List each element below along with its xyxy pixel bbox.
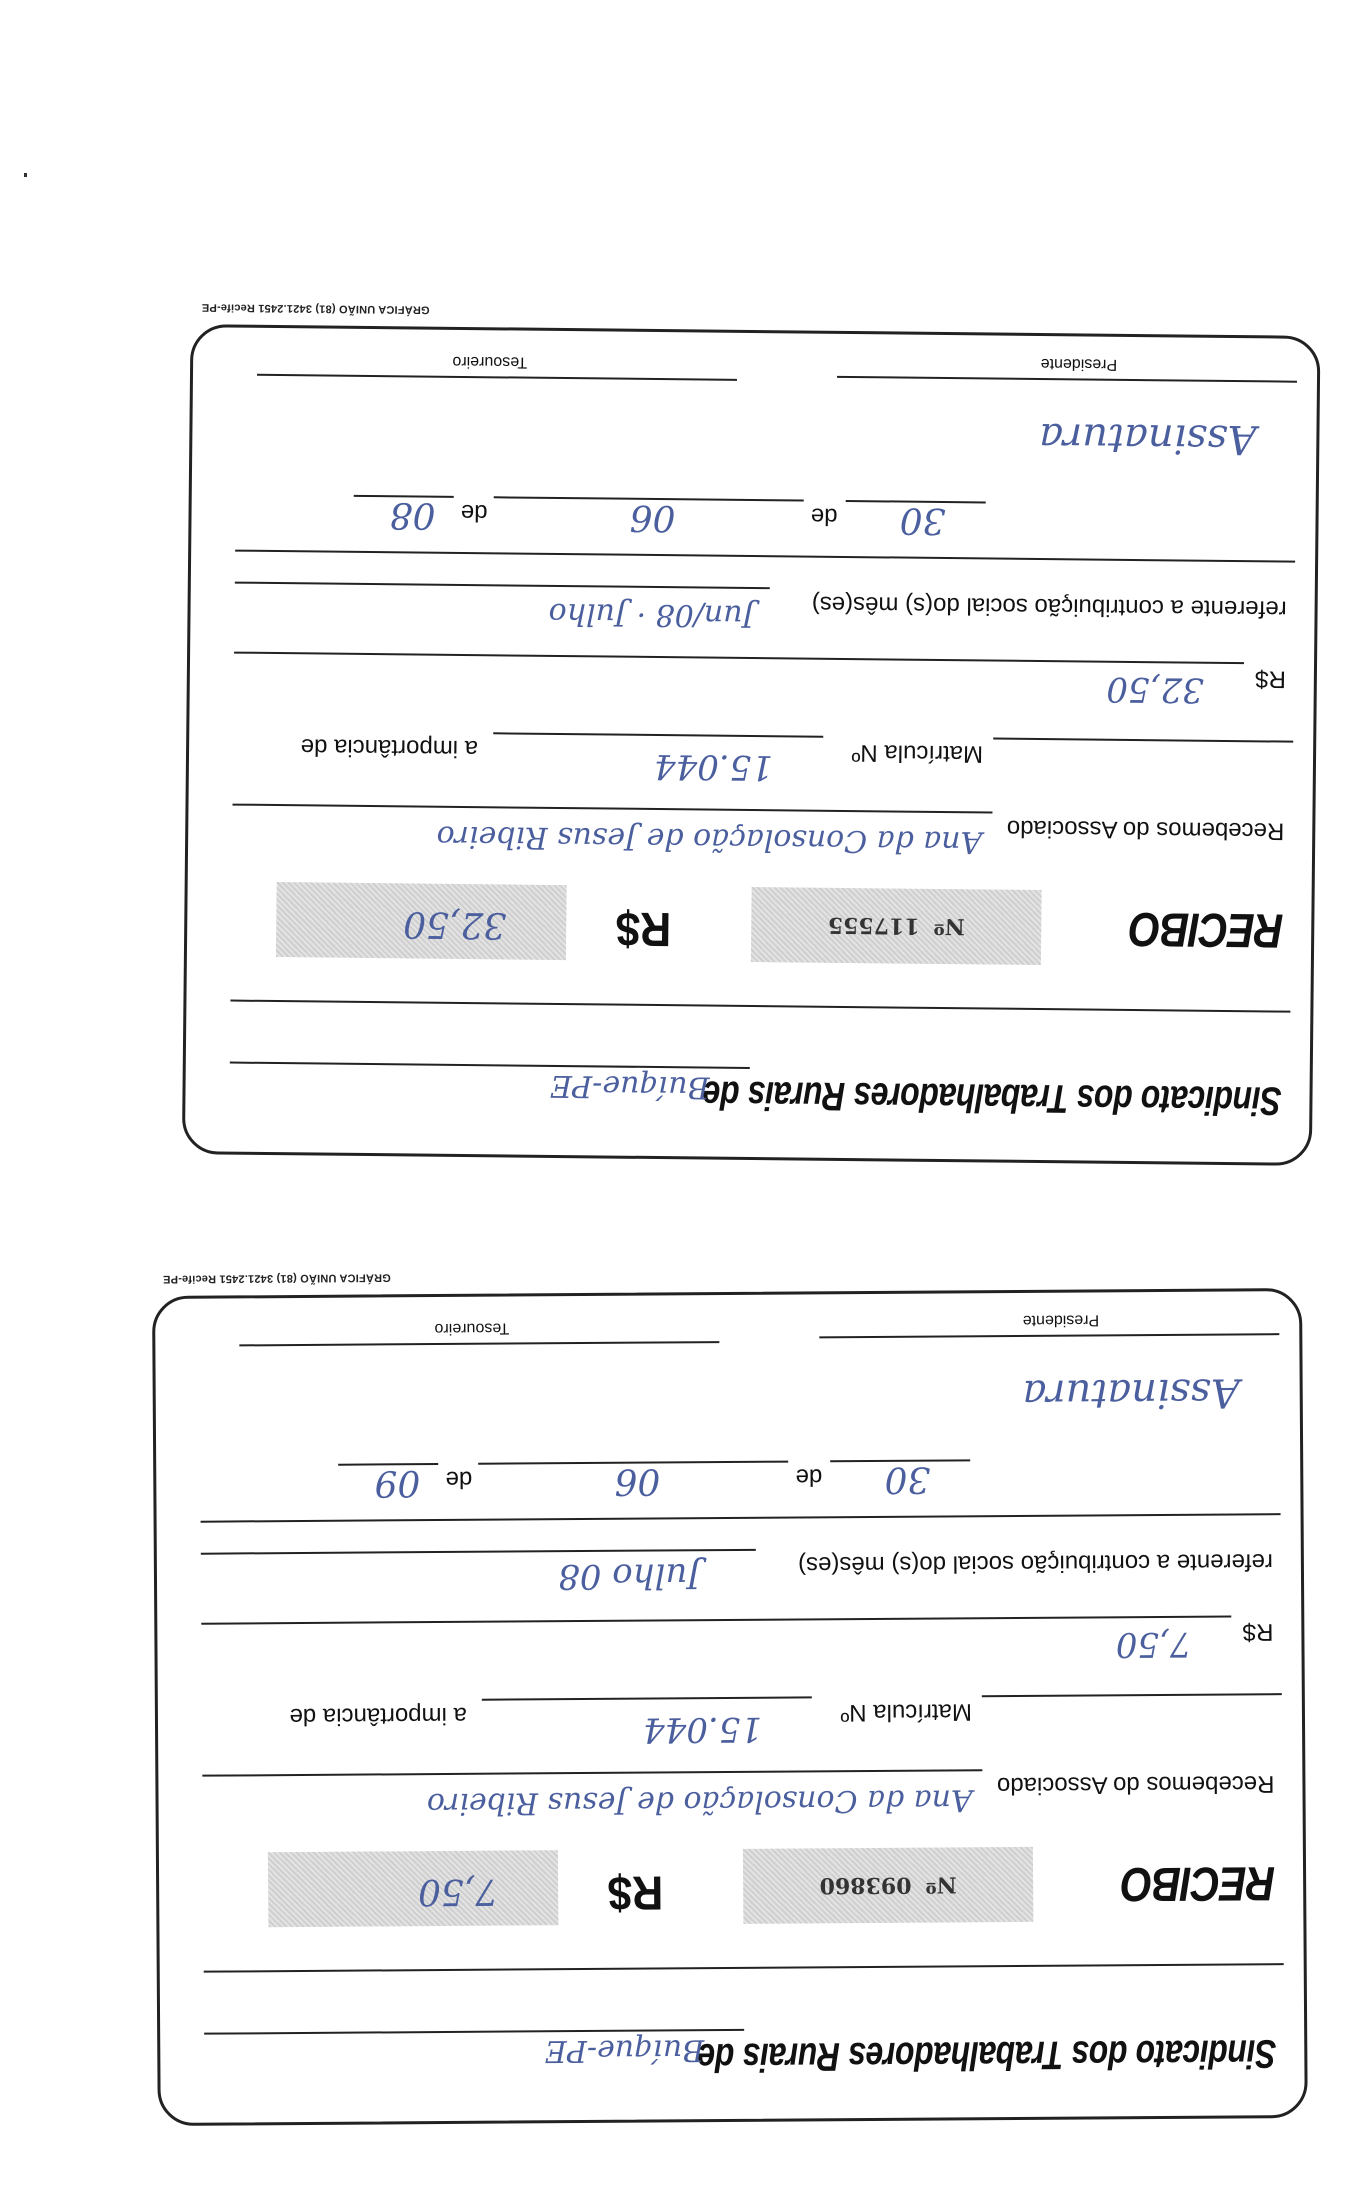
amount-box: 32,50 <box>276 882 567 960</box>
amount-value: 7,50 <box>1116 1624 1192 1665</box>
date-de-1: de <box>811 502 838 530</box>
number-prefix: Nº <box>934 913 965 939</box>
receipt-1: GRÁFICA UNIÃO (81) 3421.2451 Recife-PE S… <box>182 324 1321 1196</box>
registration-value: 15.044 <box>643 1709 762 1750</box>
president-line <box>819 1333 1279 1338</box>
received-from-label: Recebemos do Associado <box>1007 814 1285 845</box>
registration-label: Matrícula Nº <box>840 1697 972 1726</box>
city-line <box>230 1062 750 1069</box>
divider-line <box>230 1000 1290 1013</box>
amount-label: R$ <box>1243 1617 1274 1645</box>
amount-box-value: 32,50 <box>403 903 506 945</box>
receipt-heading: RECIBO <box>1129 901 1283 958</box>
treasurer-line <box>239 1341 719 1346</box>
received-from-label: Recebemos do Associado <box>997 1769 1275 1799</box>
associate-name: Ana da Consolação de Jesus Ribeiro <box>427 1782 973 1821</box>
associate-line-2 <box>993 738 1293 743</box>
scan-speck <box>24 173 27 177</box>
currency-symbol: R$ <box>616 901 672 957</box>
president-signature: Assinatura <box>1022 1369 1239 1417</box>
date-month: 06 <box>630 497 676 538</box>
reference-line <box>235 582 770 590</box>
registration-value: 15.044 <box>654 746 773 787</box>
amount-value: 32,50 <box>1106 669 1204 710</box>
date-year: 08 <box>390 494 436 535</box>
reference-line-2 <box>235 550 1295 563</box>
registration-line <box>482 1696 812 1700</box>
amount-of-label: a importância de <box>289 1701 467 1730</box>
date-day: 30 <box>884 1459 930 1500</box>
registration-label: Matrícula Nº <box>851 738 983 767</box>
registration-line <box>493 732 823 737</box>
receipt-number: 117555 <box>828 912 920 939</box>
treasurer-label: Tesoureiro <box>452 352 527 371</box>
receipt-number-box: Nº 093860 <box>743 1847 1034 1924</box>
amount-of-label: a importância de <box>301 732 479 762</box>
reference-line-2 <box>201 1513 1281 1523</box>
reference-label: referente a contribuição social do(s) mê… <box>812 590 1287 623</box>
amount-line <box>201 1615 1231 1624</box>
receipt-number-box: Nº 117555 <box>751 887 1042 965</box>
president-label: Presidente <box>1041 354 1118 373</box>
associate-line-2 <box>982 1693 1282 1697</box>
number-prefix: Nº <box>925 1872 956 1898</box>
associate-line <box>232 804 992 814</box>
amount-box: 7,50 <box>268 1850 559 1927</box>
reference-label: referente a contribuição social do(s) mê… <box>798 1547 1273 1578</box>
reference-line <box>201 1549 756 1555</box>
printer-credit: GRÁFICA UNIÃO (81) 3421.2451 Recife-PE <box>163 1271 391 1285</box>
city-handwritten: Buíque-PE <box>545 2032 705 2068</box>
date-de-2: de <box>461 498 488 526</box>
receipt-card: GRÁFICA UNIÃO (81) 3421.2451 Recife-PE S… <box>182 324 1321 1166</box>
receipt-number: 093860 <box>820 1872 912 1899</box>
date-month: 06 <box>614 1460 660 1501</box>
amount-label: R$ <box>1255 664 1286 692</box>
receipt-2: GRÁFICA UNIÃO (81) 3421.2451 Recife-PE S… <box>152 1288 1308 2156</box>
reference-months: Julho 08 <box>558 1555 701 1596</box>
date-de-1: de <box>795 1462 822 1490</box>
president-signature: Assinatura <box>1039 414 1257 462</box>
receipt-heading: RECIBO <box>1121 1855 1275 1911</box>
divider-line <box>204 1963 1284 1973</box>
reference-months: Jun/08 · Julho <box>548 596 754 633</box>
currency-symbol: R$ <box>608 1864 664 1919</box>
union-title: Sindicato dos Trabalhadores Rurais de <box>703 1072 1282 1123</box>
date-year: 09 <box>374 1462 420 1503</box>
union-title: Sindicato dos Trabalhadores Rurais de <box>698 2030 1277 2079</box>
date-day: 30 <box>899 500 945 541</box>
president-line <box>837 376 1297 383</box>
city-handwritten: Buíque-PE <box>550 1068 710 1105</box>
amount-line <box>234 652 1244 665</box>
date-de-2: de <box>445 1465 472 1493</box>
president-label: Presidente <box>1023 1310 1100 1329</box>
associate-line <box>202 1769 982 1776</box>
treasurer-line <box>257 374 737 381</box>
associate-name: Ana da Consolação de Jesus Ribeiro <box>436 819 982 860</box>
receipt-card: GRÁFICA UNIÃO (81) 3421.2451 Recife-PE S… <box>152 1288 1308 2126</box>
amount-box-value: 7,50 <box>418 1871 498 1913</box>
printer-credit: GRÁFICA UNIÃO (81) 3421.2451 Recife-PE <box>202 301 430 315</box>
treasurer-label: Tesoureiro <box>434 1319 509 1338</box>
